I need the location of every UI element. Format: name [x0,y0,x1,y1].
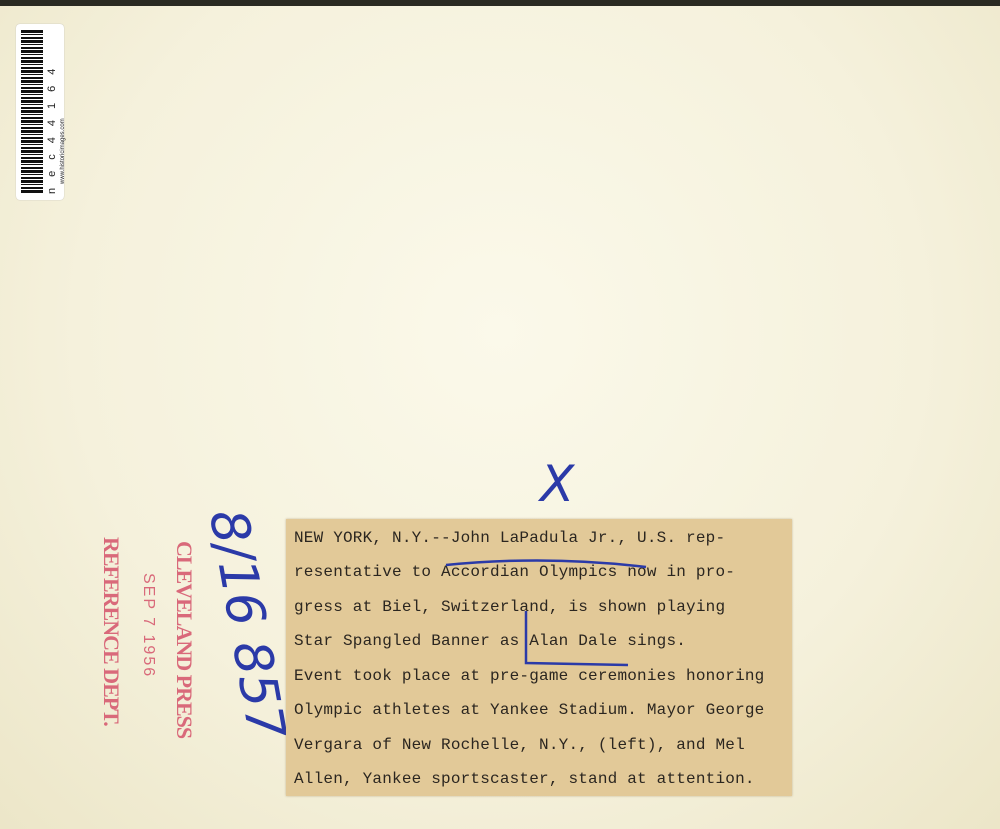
stamp-date: SEP 7 1956 [139,573,157,678]
pen-markings [286,519,792,796]
barcode-label: nec44164 www.historicimages.com [16,24,64,200]
stamp-cleveland-press: CLEVELAND PRESS [171,541,197,738]
barcode-url: www.historicimages.com [60,118,66,184]
photo-top-edge [0,0,1000,6]
barcode-code: nec44164 [46,34,58,194]
stamp-reference-dept: REFERENCE DEPT. [98,537,124,726]
handwritten-x-mark: X [540,455,574,513]
caption-clipping: NEW YORK, N.Y.--John LaPadula Jr., U.S. … [286,519,792,796]
barcode-bars [21,30,43,194]
handwritten-catalog-number: 8/16 857 [197,505,296,744]
